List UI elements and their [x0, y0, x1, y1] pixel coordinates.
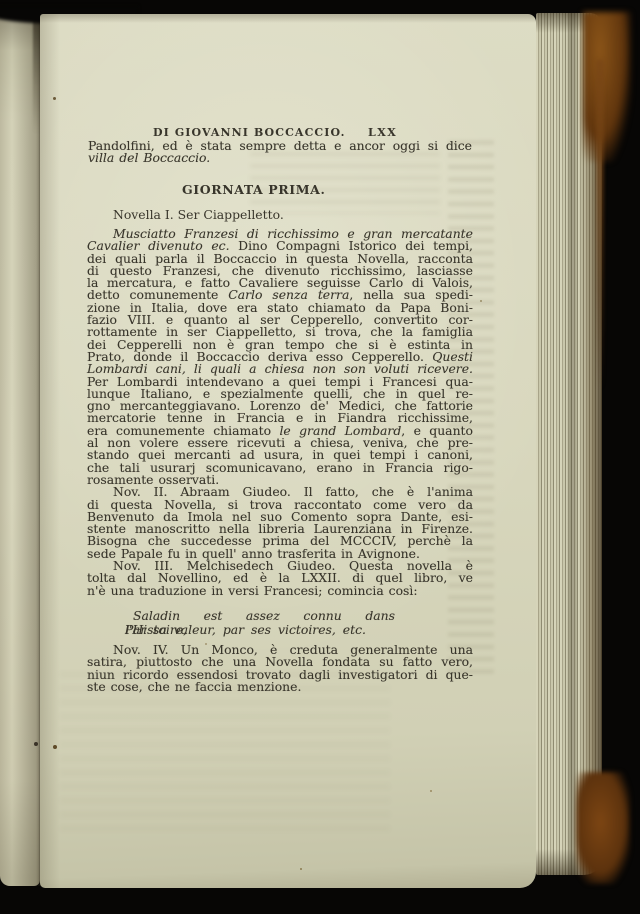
text-line: Par sa valeur, par ses victoires, etc. [125, 623, 395, 637]
leather-cover-bottom [576, 772, 630, 884]
foxing-spot [480, 300, 482, 302]
leather-cover-top [583, 12, 631, 162]
foxing-spot [53, 745, 57, 749]
roman-text: ste cose, che ne faccia menzione. [87, 679, 301, 694]
verse-quotation: Saladin est assez connu dans l'Histoire,… [125, 609, 395, 637]
italic-text: villa del Boccaccio. [88, 150, 210, 165]
text-line: villa del Boccaccio. [88, 152, 472, 164]
paragraph-continuation: Pandolfini, ed è stata sempre detta e an… [88, 140, 472, 165]
foxing-spot [300, 868, 302, 870]
body-text-block: Musciatto Franzesi di ricchissimo e gran… [87, 228, 473, 597]
roman-text: n'è una traduzione in versi Francesi; co… [87, 583, 418, 598]
italic-text: Par sa valeur, par ses victoires, etc. [125, 622, 366, 637]
book-scan: DI GIOVANNI BOCCACCIO. LXX Pandolfini, e… [0, 0, 640, 914]
print-bleed-through [60, 672, 390, 832]
text-line: n'è una traduzione in versi Francesi; co… [87, 585, 473, 597]
foxing-spot [53, 97, 56, 100]
text-line: Saladin est assez connu dans l'Histoire, [125, 609, 395, 623]
foxing-spot [430, 790, 432, 792]
novella-subheading: Novella I. Ser Ciappelletto. [113, 207, 284, 222]
facing-page-edge [0, 16, 40, 886]
section-heading: GIORNATA PRIMA. [182, 182, 325, 197]
text-line: ste cose, che ne faccia menzione. [87, 681, 473, 693]
leather-cover-edge [596, 60, 604, 390]
body-text-block: Nov. IV. Un Monco, è creduta generalment… [87, 644, 473, 693]
foxing-spot [34, 742, 38, 746]
